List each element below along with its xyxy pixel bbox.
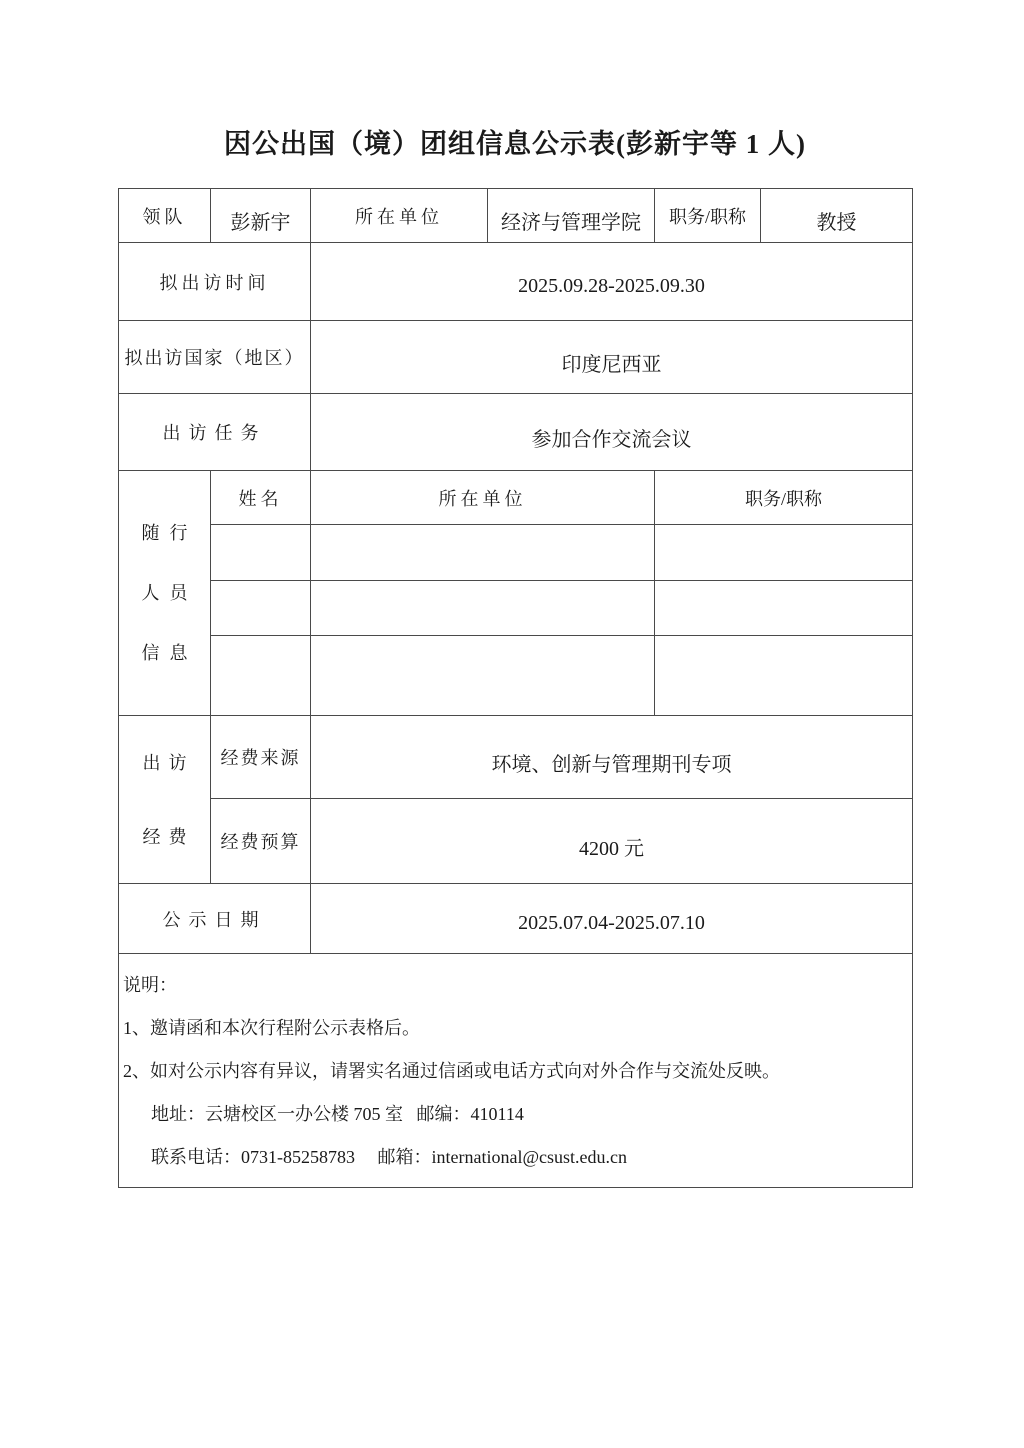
leader-label-cell: 领队	[119, 189, 211, 243]
visit-time-label-cell: 拟出访时间	[119, 243, 311, 321]
funding-budget-row: 经费预算 4200 元	[119, 799, 913, 884]
publicity-date-label-cell: 公示日期	[119, 884, 311, 954]
leader-unit-value-cell: 经济与管理学院	[488, 189, 655, 243]
visit-country-row: 拟出访国家（地区） 印度尼西亚	[119, 321, 913, 394]
visit-task-label-cell: 出访任务	[119, 394, 311, 471]
note-item: 2、如对公示内容有异议，请署实名通过信函或电话方式向对外合作与交流处反映。	[123, 1050, 902, 1093]
companion-row	[119, 636, 913, 716]
companion-row	[119, 525, 913, 581]
funding-source-value-cell: 环境、创新与管理期刊专项	[311, 716, 913, 799]
companion-position-header-cell: 职务/职称	[655, 471, 913, 525]
visit-task-row: 出访任务 参加合作交流会议	[119, 394, 913, 471]
visit-country-label-cell: 拟出访国家（地区）	[119, 321, 311, 394]
document-page: 因公出国（境）团组信息公示表(彭新宇等 1 人) 领队 彭新宇 所在单位 经济与…	[0, 0, 1024, 1448]
companions-label-line: 人员	[119, 563, 210, 623]
notes-row: 说明： 1、邀请函和本次行程附公示表格后。 2、如对公示内容有异议，请署实名通过…	[119, 954, 913, 1188]
funding-label-line: 经费	[119, 800, 210, 874]
funding-budget-value-cell: 4200 元	[311, 799, 913, 884]
companion-unit-cell	[311, 636, 655, 716]
companion-position-cell	[655, 525, 913, 581]
leader-row: 领队 彭新宇 所在单位 经济与管理学院 职务/职称 教授	[119, 189, 913, 243]
companion-position-cell	[655, 636, 913, 716]
leader-unit-label-cell: 所在单位	[311, 189, 488, 243]
visit-time-value-cell: 2025.09.28-2025.09.30	[311, 243, 913, 321]
companion-unit-cell	[311, 525, 655, 581]
companion-position-cell	[655, 581, 913, 636]
leader-name-cell: 彭新宇	[211, 189, 311, 243]
companions-section-label-cell: 随行 人员 信息	[119, 471, 211, 716]
note-item: 1、邀请函和本次行程附公示表格后。	[123, 1007, 902, 1050]
funding-source-row: 出访 经费 经费来源 环境、创新与管理期刊专项	[119, 716, 913, 799]
companion-unit-cell	[311, 581, 655, 636]
companion-unit-header-cell: 所在单位	[311, 471, 655, 525]
leader-position-value-cell: 教授	[761, 189, 913, 243]
notes-address-line: 地址：云塘校区一办公楼 705 室 邮编：410114	[123, 1093, 902, 1136]
leader-position-label-cell: 职务/职称	[655, 189, 761, 243]
companion-name-cell	[211, 636, 311, 716]
companion-row	[119, 581, 913, 636]
funding-budget-label-cell: 经费预算	[211, 799, 311, 884]
trip-info-table: 领队 彭新宇 所在单位 经济与管理学院 职务/职称 教授 拟出访时间 2025.…	[118, 188, 913, 1188]
funding-source-label-cell: 经费来源	[211, 716, 311, 799]
companion-name-header-cell: 姓名	[211, 471, 311, 525]
companions-label-line: 信息	[119, 623, 210, 683]
companions-header-row: 随行 人员 信息 姓名 所在单位 职务/职称	[119, 471, 913, 525]
notes-contact-line: 联系电话：0731-85258783 邮箱：international@csus…	[123, 1136, 902, 1179]
publicity-date-value-cell: 2025.07.04-2025.07.10	[311, 884, 913, 954]
publicity-date-row: 公示日期 2025.07.04-2025.07.10	[119, 884, 913, 954]
visit-time-row: 拟出访时间 2025.09.28-2025.09.30	[119, 243, 913, 321]
document-title: 因公出国（境）团组信息公示表(彭新宇等 1 人)	[118, 125, 912, 163]
visit-task-value-cell: 参加合作交流会议	[311, 394, 913, 471]
funding-label-line: 出访	[119, 726, 210, 800]
companion-name-cell	[211, 525, 311, 581]
companion-name-cell	[211, 581, 311, 636]
visit-country-value-cell: 印度尼西亚	[311, 321, 913, 394]
companions-label-line: 随行	[119, 503, 210, 563]
funding-section-label-cell: 出访 经费	[119, 716, 211, 884]
notes-cell: 说明： 1、邀请函和本次行程附公示表格后。 2、如对公示内容有异议，请署实名通过…	[119, 954, 913, 1188]
notes-heading: 说明：	[123, 964, 902, 1007]
